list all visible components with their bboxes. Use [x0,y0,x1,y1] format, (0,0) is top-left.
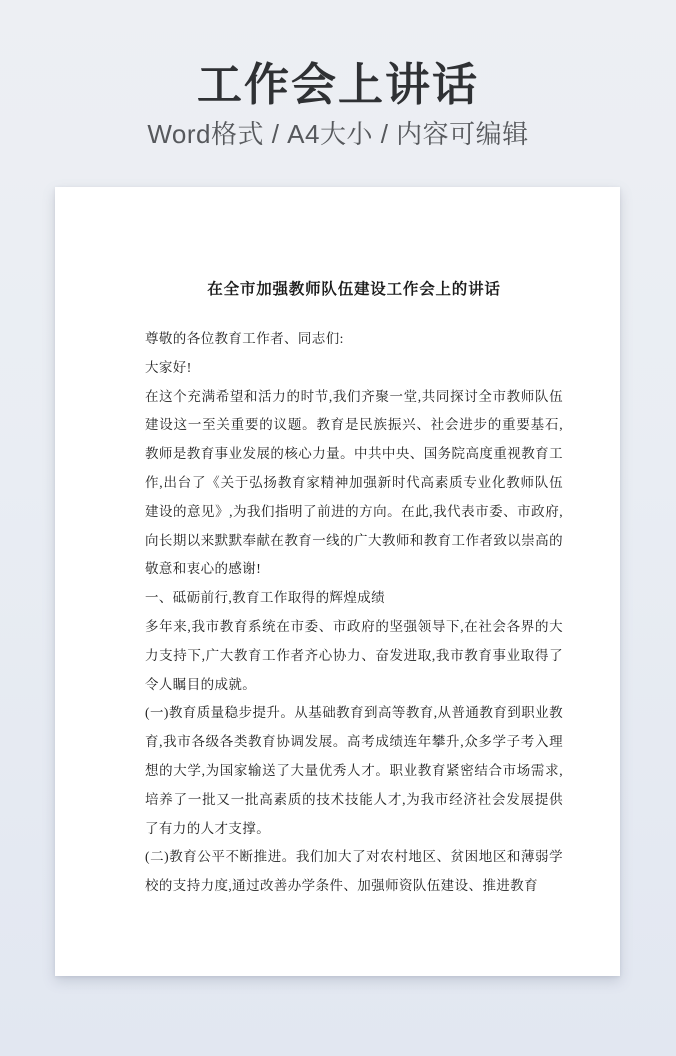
doc-paragraph-point-1: (一)教育质量稳步提升。从基础教育到高等教育,从普通教育到职业教育,我市各级各类… [145,699,563,843]
header-title: 工作会上讲话 [0,58,676,112]
document-page: 在全市加强教师队伍建设工作会上的讲话 尊敬的各位教育工作者、同志们: 大家好! … [55,187,620,976]
doc-paragraph-point-2: (二)教育公平不断推进。我们加大了对农村地区、贫困地区和薄弱学校的支持力度,通过… [145,843,563,901]
document-body: 尊敬的各位教育工作者、同志们: 大家好! 在这个充满希望和活力的时节,我们齐聚一… [145,325,563,901]
header: 工作会上讲话 Word格式 / A4大小 / 内容可编辑 [0,58,676,151]
doc-paragraph-greeting: 大家好! [145,354,563,383]
header-subtitle: Word格式 / A4大小 / 内容可编辑 [0,117,676,151]
doc-paragraph-section-1-intro: 多年来,我市教育系统在市委、市政府的坚强领导下,在社会各界的大力支持下,广大教育… [145,613,563,699]
doc-paragraph-intro: 在这个充满希望和活力的时节,我们齐聚一堂,共同探讨全市教师队伍建设这一至关重要的… [145,383,563,585]
template-preview-page: { "header": { "title": "工作会上讲话", "subtit… [0,0,676,1056]
document-title: 在全市加强教师队伍建设工作会上的讲话 [145,279,563,301]
doc-paragraph-salutation: 尊敬的各位教育工作者、同志们: [145,325,563,354]
doc-heading-section-1: 一、砥砺前行,教育工作取得的辉煌成绩 [145,584,563,613]
